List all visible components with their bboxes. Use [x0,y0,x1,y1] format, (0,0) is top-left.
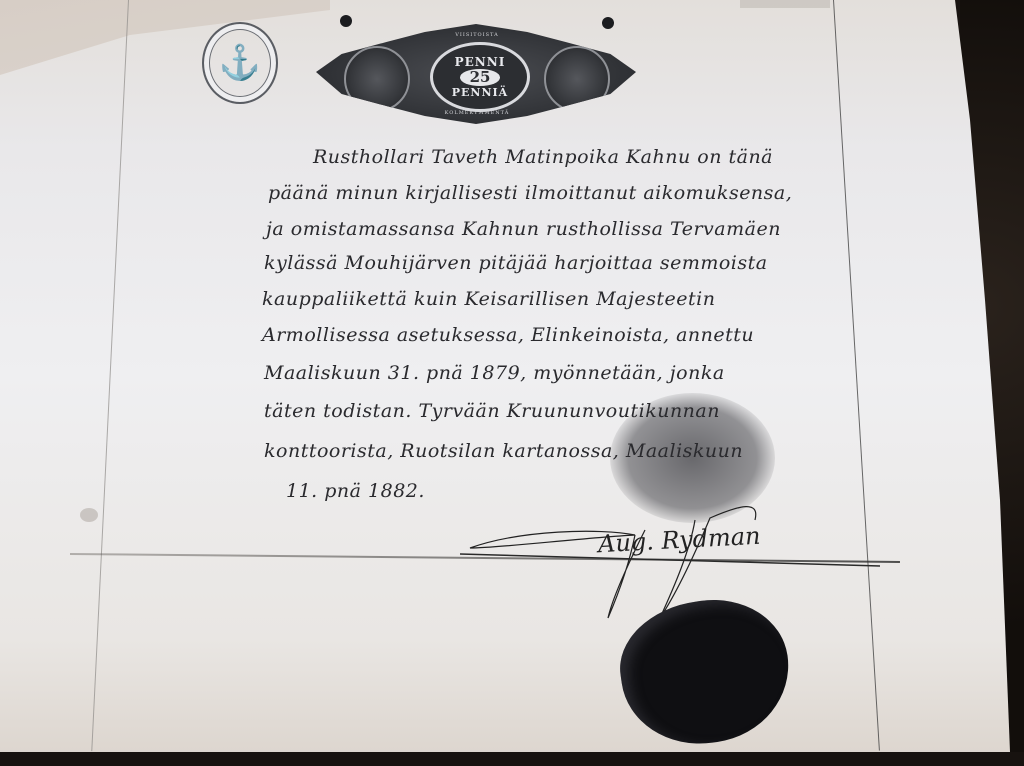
body-line-3: ja omistamassansa Kahnun rusthollissa Te… [266,218,781,240]
body-line-6: Armollisessa asetuksessa, Elinkeinoista,… [262,324,754,346]
punch-hole-right [602,17,614,29]
revenue-stamp-bottom-band: KOLMEKYMMENTÄ [434,110,520,116]
right-margin-line [833,0,880,751]
signature-flourish [460,500,880,620]
document-paper: ⚓ VIISITOISTA PENNI 25 PENNIÄ KOLMEKYMME… [0,0,1024,752]
anchor-caduceus-icon: ⚓ [219,43,261,83]
body-line-8: täten todistan. Tyrvään Kruununvoutikunn… [264,400,720,422]
paper-top-edge [740,0,830,8]
body-line-9: konttoorista, Ruotsilan kartanossa, Maal… [264,440,743,462]
coat-of-arms-icon [344,46,410,112]
paper-stain [80,508,98,522]
coat-of-arms-icon [544,46,610,112]
revenue-stamp: VIISITOISTA PENNI 25 PENNIÄ KOLMEKYMMENT… [316,24,636,124]
body-line-1: Rusthollari Taveth Matinpoika Kahnu on t… [313,146,773,168]
punch-hole-left [340,15,352,27]
left-margin-line [91,0,129,751]
body-line-2: päänä minun kirjallisesti ilmoittanut ai… [268,182,792,204]
revenue-stamp-value-oval: PENNI 25 PENNIÄ [430,42,530,112]
tabletop-edge [0,752,1024,766]
body-line-7: Maaliskuun 31. pnä 1879, myönnetään, jon… [264,362,725,384]
body-line-10: 11. pnä 1882. [286,480,425,502]
revenue-stamp-value: 25 [460,69,501,86]
body-line-5: kauppaliikettä kuin Keisarillisen Majest… [262,288,715,310]
anchor-emblem-stamp: ⚓ [202,22,278,104]
paper-shadow [0,0,330,90]
revenue-stamp-word-top: PENNI [455,56,506,68]
revenue-stamp-top-band: VIISITOISTA [434,32,520,38]
revenue-stamp-word-bottom: PENNIÄ [452,87,508,98]
body-line-4: kylässä Mouhijärven pitäjää harjoittaa s… [264,252,768,274]
